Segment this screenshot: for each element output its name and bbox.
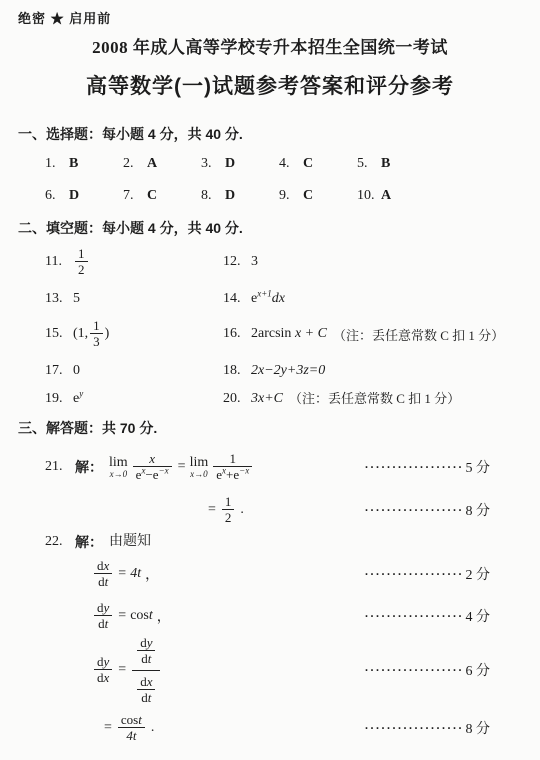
choice-number: 2.	[123, 152, 147, 176]
denominator: dt	[94, 615, 112, 632]
score-label: 8 分	[466, 718, 491, 738]
numerator: cost	[118, 712, 145, 727]
problem21-step1: 21. 解： limx→0 x ex−e−x = limx→0 1 ex+e−x…	[0, 444, 540, 490]
equals-sign: =	[118, 662, 126, 678]
fraction: 12	[75, 246, 88, 278]
lim-word: lim	[190, 456, 209, 470]
score-label: 5 分	[466, 457, 491, 477]
item-number: 19.	[45, 388, 73, 410]
fraction: 12	[222, 494, 235, 526]
score-label: 6 分	[466, 660, 491, 680]
expression: cost	[130, 608, 153, 624]
grading-note: （注：丢任意常数 C 扣 1 分）	[333, 325, 504, 344]
derivative-fraction: dx dt	[94, 558, 112, 590]
choice-letter: D	[225, 156, 235, 171]
variable: x	[147, 674, 153, 689]
equals-sign: =	[104, 720, 112, 736]
problem21-step2: = 12 . ··················8 分	[0, 492, 540, 528]
paper-subtitle: 高等数学(一)试题参考答案和评分参考	[0, 72, 540, 102]
choice-answer-10: 10.A	[357, 184, 435, 208]
variable: t	[138, 712, 142, 727]
derivative-fraction: dy dt	[137, 635, 155, 667]
function-name: arcsin	[258, 326, 291, 341]
blank-row-19-20: 19. ey 20. 3x+C （注：丢任意常数 C 扣 1 分）	[45, 388, 540, 410]
variable: y	[104, 600, 110, 615]
equals-sign: =	[208, 502, 216, 518]
choice-number: 9.	[279, 184, 303, 208]
exponent: −x	[239, 466, 249, 476]
denominator: 3	[90, 333, 103, 350]
denominator: dx	[94, 669, 112, 686]
answer-value: 2arcsin x + C	[251, 326, 327, 342]
blank-answer-11: 11. 12	[45, 246, 223, 278]
answer-value: 3x+C	[251, 388, 283, 410]
period: .	[151, 720, 155, 736]
choice-answer-9: 9.C	[279, 184, 357, 208]
answer-value: 2x−2y+3z=0	[251, 360, 325, 382]
leader-dots: ··················	[364, 567, 463, 582]
fraction: x ex−e−x	[133, 451, 172, 483]
choice-answer-4: 4.C	[279, 152, 357, 176]
answer-value: 5	[73, 288, 80, 310]
fraction: cost 4t	[118, 712, 145, 744]
choice-number: 5.	[357, 152, 381, 176]
grading-note: （注：丢任意常数 C 扣 1 分）	[289, 388, 460, 410]
equals-sign: =	[118, 566, 126, 582]
derivative-fraction: dy dt	[94, 600, 112, 632]
lim-subscript: x→0	[190, 470, 209, 479]
variable: y	[147, 635, 153, 650]
problem22-intro: 22. 解： 由题知	[0, 532, 540, 552]
numerator: 1	[90, 318, 103, 333]
choice-answer-7: 7.C	[123, 184, 201, 208]
choice-letter: A	[381, 188, 391, 203]
denominator: dt	[137, 689, 155, 706]
choice-answers-row-1: 1.B 2.A 3.D 4.C 5.B	[45, 152, 540, 176]
denominator: 2	[75, 261, 88, 278]
equals-sign: =	[118, 608, 126, 624]
lim-subscript: x→0	[109, 470, 128, 479]
answer-value: 0	[73, 360, 80, 382]
choice-number: 7.	[123, 184, 147, 208]
item-number: 14.	[223, 288, 251, 310]
choice-letter: C	[147, 188, 157, 203]
choice-letter: D	[69, 188, 79, 203]
choice-number: 1.	[45, 152, 69, 176]
blank-answer-20: 20. 3x+C （注：丢任意常数 C 扣 1 分）	[223, 388, 540, 410]
item-number: 22.	[45, 532, 73, 552]
open-paren: (1,	[73, 326, 88, 342]
operator: −	[145, 467, 152, 482]
blank-answer-15: 15. (1, 13 )	[45, 318, 223, 350]
blank-answer-19: 19. ey	[45, 388, 223, 410]
coefficient: 2	[251, 326, 258, 341]
period: .	[240, 502, 244, 518]
function-name: cos	[121, 712, 138, 727]
exponent: −x	[159, 466, 169, 476]
leader-dots: ··················	[364, 503, 463, 518]
item-number: 13.	[45, 288, 73, 310]
problem22-step4: = cost 4t . ··················8 分	[0, 708, 540, 748]
item-number: 18.	[223, 360, 251, 382]
score-leader: ··················6 分	[364, 660, 490, 680]
denominator: ex−e−x	[133, 466, 172, 483]
answer-value: ey	[73, 388, 83, 410]
choice-answer-1: 1.B	[45, 152, 123, 176]
blank-row-15-16: 15. (1, 13 ) 16. 2arcsin x + C （注：丢任意常数 …	[45, 314, 540, 354]
choice-letter: C	[303, 156, 313, 171]
outer-numerator: dy dt	[132, 635, 160, 670]
choice-letter: B	[69, 156, 78, 171]
numerator: 1	[213, 451, 252, 466]
score-leader: ··················2 分	[364, 564, 490, 584]
denominator: ex+e−x	[213, 466, 252, 483]
variable: t	[105, 616, 109, 631]
problem22-step2: dy dt = cost ， ··················4 分	[0, 598, 540, 634]
numerator: dy	[137, 635, 155, 650]
variable: x	[104, 670, 110, 685]
blank-answer-18: 18. 2x−2y+3z=0	[223, 360, 540, 382]
expression: 4t	[130, 566, 141, 582]
choice-answer-8: 8.D	[201, 184, 279, 208]
choice-number: 4.	[279, 152, 303, 176]
answer-value: ex+1dx	[251, 288, 285, 310]
choice-number: 3.	[201, 152, 225, 176]
item-number: 16.	[223, 326, 251, 342]
choice-letter: D	[225, 188, 235, 203]
leader-dots: ··················	[364, 460, 463, 475]
exam-title: 2008 年成人高等学校专升本招生全国统一考试	[0, 36, 540, 60]
item-number: 12.	[223, 254, 251, 270]
choice-answers-row-2: 6.D 7.C 8.D 9.C 10.A	[45, 184, 540, 208]
equals-sign: =	[178, 459, 186, 475]
variable: t	[149, 608, 153, 623]
choice-number: 8.	[201, 184, 225, 208]
score-label: 8 分	[466, 500, 491, 520]
derivative-fraction: dy dx	[94, 654, 112, 686]
function-name: cos	[130, 608, 149, 623]
section-blank-heading: 二、填空题：每小题 4 分，共 40 分.	[18, 218, 540, 238]
fraction: 13	[90, 318, 103, 350]
variable: x	[104, 558, 110, 573]
denominator: 4t	[118, 727, 145, 744]
score-leader: ··················5 分	[364, 457, 490, 477]
item-number: 15.	[45, 326, 73, 342]
answer-value: 3	[251, 254, 258, 270]
choice-answer-2: 2.A	[123, 152, 201, 176]
problem22-step3: dy dx = dy dt dx dt ··················6 …	[0, 638, 540, 702]
leader-dots: ··················	[364, 609, 463, 624]
exponent: y	[79, 388, 83, 398]
choice-letter: A	[147, 156, 157, 171]
intro-text: 由题知	[109, 532, 151, 552]
exam-answer-sheet-page: 绝密 ★ 启用前 2008 年成人高等学校专升本招生全国统一考试 高等数学(一)…	[0, 0, 540, 760]
choice-letter: B	[381, 156, 390, 171]
section-solution-heading: 三、解答题：共 70 分.	[18, 418, 540, 438]
item-number: 21.	[45, 459, 73, 475]
denominator: dt	[137, 650, 155, 667]
compound-fraction: dy dt dx dt	[132, 635, 160, 706]
comma: ，	[157, 606, 171, 626]
choice-number: 10.	[357, 184, 381, 208]
classification-banner: 绝密 ★ 启用前	[18, 10, 540, 28]
numerator: dx	[137, 674, 155, 689]
blank-answer-13: 13. 5	[45, 288, 223, 310]
outer-denominator: dx dt	[132, 670, 160, 706]
numerator: 1	[75, 246, 88, 261]
numerator: dy	[94, 600, 112, 615]
item-number: 17.	[45, 360, 73, 382]
close-paren: )	[105, 326, 110, 342]
limit-operator: limx→0	[109, 456, 128, 479]
choice-answer-3: 3.D	[201, 152, 279, 176]
choice-number: 6.	[45, 184, 69, 208]
blank-answer-12: 12. 3	[223, 254, 540, 270]
denominator: dt	[94, 573, 112, 590]
limit-operator: limx→0	[190, 456, 209, 479]
numerator: x	[133, 451, 172, 466]
numerator: dy	[94, 654, 112, 669]
blank-row-17-18: 17. 0 18. 2x−2y+3z=0	[45, 360, 540, 382]
numerator: dx	[94, 558, 112, 573]
exponent: x+1	[257, 288, 272, 298]
solve-label: 解：	[75, 532, 103, 552]
item-number: 20.	[223, 388, 251, 410]
score-leader: ··················4 分	[364, 606, 490, 626]
numerator: 1	[222, 494, 235, 509]
blank-answer-16: 16. 2arcsin x + C （注：丢任意常数 C 扣 1 分）	[223, 325, 540, 344]
derivative-fraction: dx dt	[137, 674, 155, 706]
choice-answer-5: 5.B	[357, 152, 435, 176]
problem22-step1: dx dt = 4t ， ··················2 分	[0, 556, 540, 592]
item-number: 11.	[45, 254, 73, 270]
solve-label: 解：	[75, 457, 103, 477]
score-leader: ··················8 分	[364, 500, 490, 520]
variable: t	[148, 651, 152, 666]
score-label: 2 分	[466, 564, 491, 584]
choice-letter: C	[303, 188, 313, 203]
variable: y	[104, 654, 110, 669]
leader-dots: ··················	[364, 721, 463, 736]
score-label: 4 分	[466, 606, 491, 626]
blank-row-11-12: 11. 12 12. 3	[45, 242, 540, 282]
blank-row-13-14: 13. 5 14. ex+1dx	[45, 288, 540, 310]
comma: ，	[145, 564, 159, 584]
variable: t	[148, 690, 152, 705]
choice-answer-6: 6.D	[45, 184, 123, 208]
blank-answer-17: 17. 0	[45, 360, 223, 382]
denominator: 2	[222, 509, 235, 526]
differential: dx	[272, 291, 285, 306]
expression: x + C	[295, 326, 327, 341]
blank-answer-14: 14. ex+1dx	[223, 288, 540, 310]
fraction: 1 ex+e−x	[213, 451, 252, 483]
section-choice-heading: 一、选择题：每小题 4 分，共 40 分.	[18, 124, 540, 144]
variable: t	[105, 574, 109, 589]
leader-dots: ··················	[364, 663, 463, 678]
score-leader: ··················8 分	[364, 718, 490, 738]
lim-word: lim	[109, 456, 128, 470]
